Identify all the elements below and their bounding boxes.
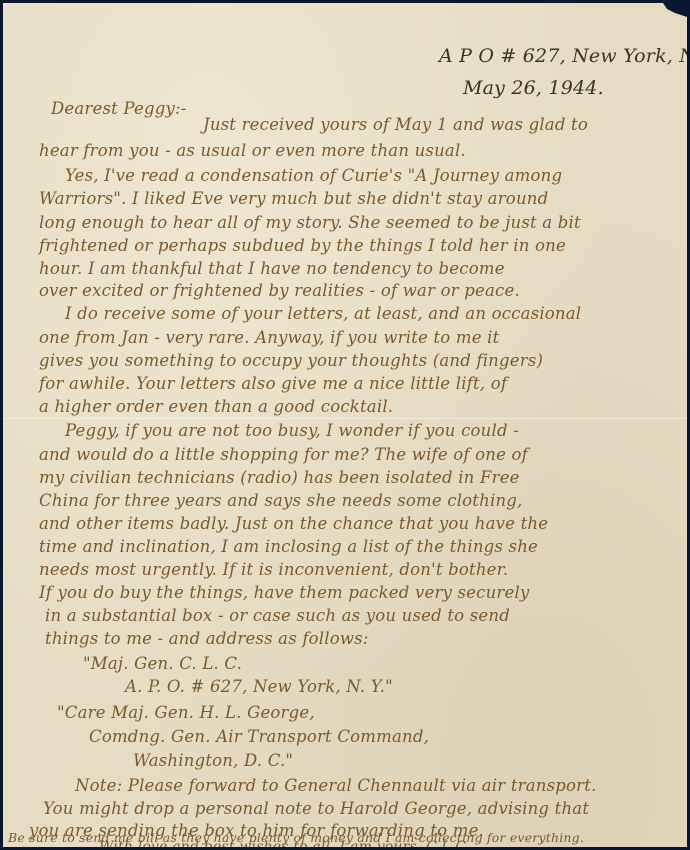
postscript-visible: Be sure to send me bill as they have ple… [8, 830, 584, 845]
address-line: Comdng. Gen. Air Transport Command, [89, 727, 429, 747]
body-line: and would do a little shopping for me? T… [39, 445, 528, 465]
body-line: Warriors". I liked Eve very much but she… [39, 189, 548, 209]
note-line: You might drop a personal note to Harold… [43, 799, 589, 819]
body-line: Yes, I've read a condensation of Curie's… [65, 166, 562, 186]
body-line: Peggy, if you are not too busy, I wonder… [65, 421, 519, 441]
note-line: Note: Please forward to General Chennaul… [75, 776, 597, 796]
body-line: time and inclination, I am inclosing a l… [39, 537, 538, 557]
body-line: things to me - and address as follows: [45, 629, 369, 649]
letter-date: May 26, 1944. [463, 77, 604, 99]
body-line: my civilian technicians (radio) has been… [39, 468, 520, 488]
body-line: over excited or frightened by realities … [39, 281, 520, 301]
body-line: frightened or perhaps subdued by the thi… [39, 236, 566, 256]
body-line: a higher order even than a good cocktail… [39, 397, 393, 417]
body-line: in a substantial box - or case such as y… [45, 606, 510, 626]
return-address: A P O # 627, New York, N. Y. [439, 45, 690, 67]
body-line: If you do buy the things, have them pack… [39, 583, 529, 603]
paper-fold-line [3, 418, 687, 419]
letter-page: A P O # 627, New York, N. Y. May 26, 194… [3, 3, 687, 847]
body-line: needs most urgently. If it is inconvenie… [39, 560, 508, 580]
body-line: and other items badly. Just on the chanc… [39, 514, 548, 534]
body-line: gives you something to occupy your thoug… [39, 351, 543, 371]
body-line: hour. I am thankful that I have no tende… [39, 259, 505, 279]
body-line: I do receive some of your letters, at le… [65, 304, 581, 324]
body-line: long enough to hear all of my story. She… [39, 213, 581, 233]
body-line: China for three years and says she needs… [39, 491, 522, 511]
address-line: Washington, D. C." [133, 751, 293, 771]
body-line: hear from you - as usual or even more th… [39, 141, 466, 161]
body-line: for awhile. Your letters also give me a … [39, 374, 507, 394]
address-line: "Care Maj. Gen. H. L. George, [57, 703, 315, 723]
body-line: one from Jan - very rare. Anyway, if you… [39, 328, 499, 348]
address-line: "Maj. Gen. C. L. C. [83, 654, 242, 674]
address-line: A. P. O. # 627, New York, N. Y." [125, 677, 393, 697]
salutation: Dearest Peggy:- [51, 99, 187, 119]
body-line: Just received yours of May 1 and was gla… [203, 115, 588, 135]
